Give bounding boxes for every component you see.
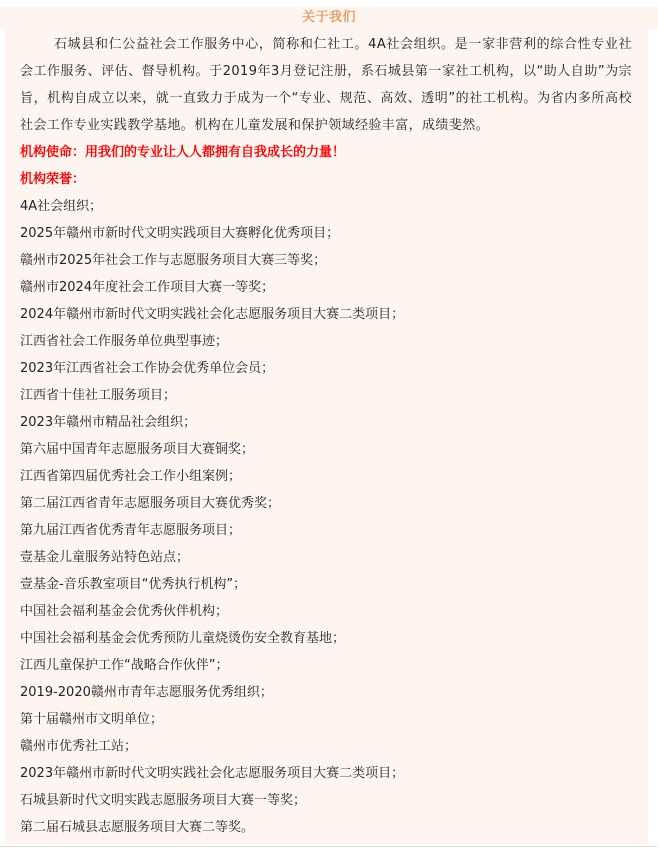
honor-item: 第六届中国青年志愿服务项目大赛铜奖； [20,436,632,463]
honor-item: 石城县新时代文明实践志愿服务项目大赛一等奖； [20,787,632,814]
honor-item: 江西省社会工作服务单位典型事迹； [20,328,632,355]
honor-item: 江西省十佳社工服务项目； [20,382,632,409]
page-title: 关于我们 [0,8,658,28]
mission-statement: 机构使命：用我们的专业让人人都拥有自我成长的力量！ [20,139,632,166]
honor-item: 江西儿童保护工作“战略合作伙伴”； [20,652,632,679]
bottom-divider [0,846,657,847]
honor-item: 第九届江西省优秀青年志愿服务项目； [20,517,632,544]
honor-item: 2023年江西省社会工作协会优秀单位会员； [20,355,632,382]
honor-item: 4A社会组织； [20,193,632,220]
honor-item: 中国社会福利基金会优秀伙伴机构； [20,598,632,625]
honor-item: 2023年赣州市新时代文明实践社会化志愿服务项目大赛二类项目； [20,760,632,787]
honor-item: 江西省第四届优秀社会工作小组案例； [20,463,632,490]
honors-heading: 机构荣誉： [20,166,632,193]
honor-item: 第二届石城县志愿服务项目大赛二等奖。 [20,814,632,841]
honor-item: 2023年赣州市精品社会组织； [20,409,632,436]
honor-item: 第十届赣州市文明单位； [20,706,632,733]
honor-item: 中国社会福利基金会优秀预防儿童烧烫伤安全教育基地； [20,625,632,652]
honor-item: 2025年赣州市新时代文明实践项目大赛孵化优秀项目； [20,220,632,247]
honor-item: 第二届江西省青年志愿服务项目大赛优秀奖； [20,490,632,517]
honor-item: 壹基金儿童服务站特色站点； [20,544,632,571]
about-content: 石城县和仁公益社会工作服务中心，简称和仁社工。4A社会组织。是一家非营利的综合性… [20,31,632,841]
honor-item: 2024年赣州市新时代文明实践社会化志愿服务项目大赛二类项目； [20,301,632,328]
honor-item: 赣州市优秀社工站； [20,733,632,760]
honors-list: 4A社会组织； 2025年赣州市新时代文明实践项目大赛孵化优秀项目； 赣州市20… [20,193,632,841]
intro-paragraph: 石城县和仁公益社会工作服务中心，简称和仁社工。4A社会组织。是一家非营利的综合性… [20,31,632,139]
honor-item: 赣州市2024年度社会工作项目大赛一等奖； [20,274,632,301]
honor-item: 2019-2020赣州市青年志愿服务优秀组织； [20,679,632,706]
honor-item: 赣州市2025年社会工作与志愿服务项目大赛三等奖； [20,247,632,274]
honor-item: 壹基金-音乐教室项目“优秀执行机构”； [20,571,632,598]
